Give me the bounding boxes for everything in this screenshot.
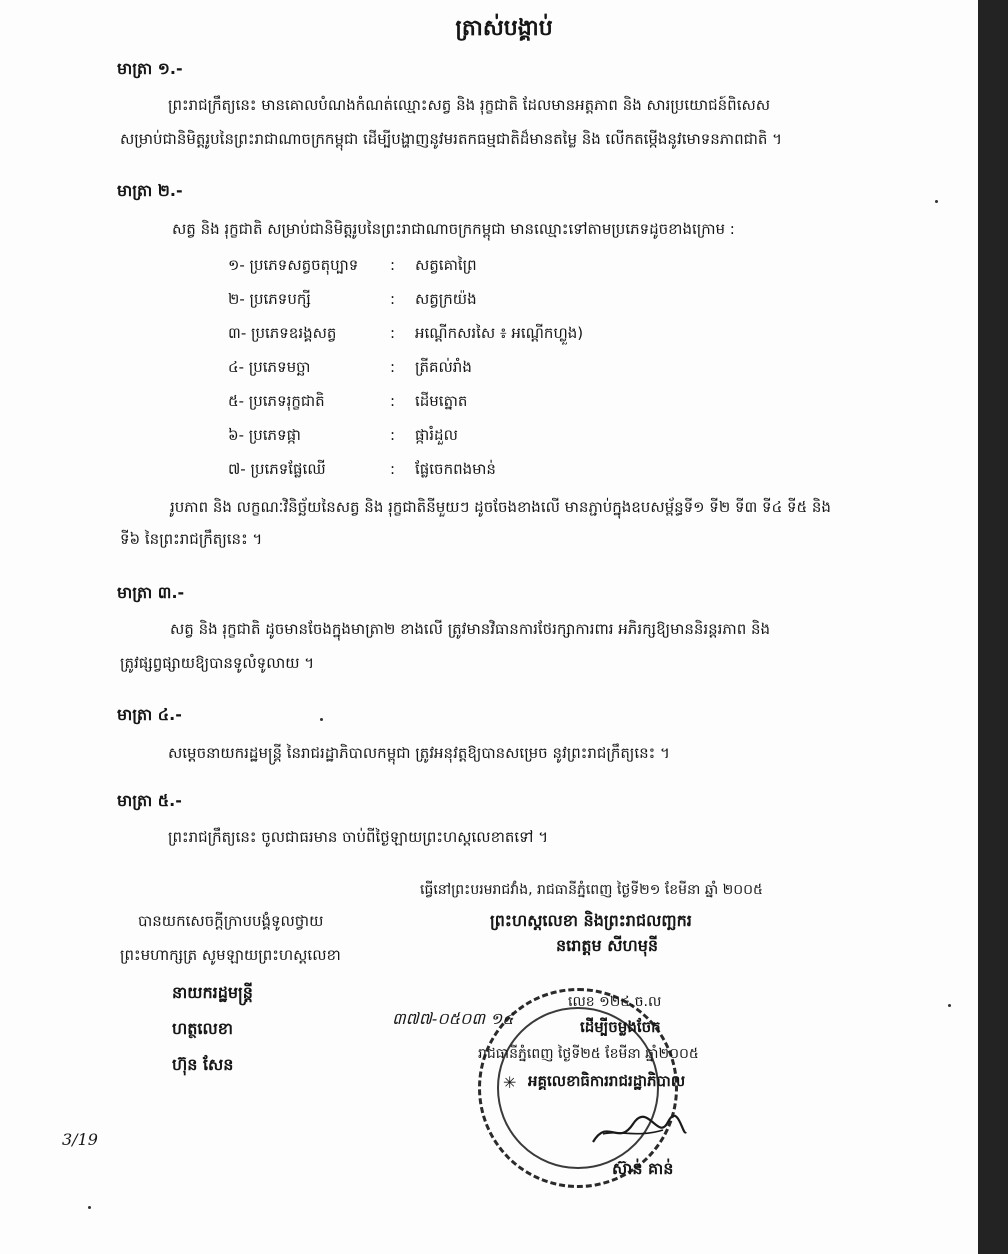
document-page: ត្រាស់បង្គាប់ មាត្រា ១.- ព្រះរាជក្រឹត្យន… bbox=[0, 0, 978, 1254]
article-3-paragraph-line-1: សត្វ និង រុក្ខជាតិ ដូចមានចែងក្នុងមាត្រា២… bbox=[170, 620, 770, 642]
scan-speck bbox=[948, 1004, 951, 1007]
article-1-paragraph-line-2: សម្រាប់ជានិមិត្តរូបនៃព្រះរាជាណាចក្រកម្ពុ… bbox=[120, 130, 782, 152]
list-item-separator: : bbox=[390, 460, 395, 478]
star-icon: ✳ bbox=[503, 1073, 516, 1092]
list-item-separator: : bbox=[390, 324, 395, 342]
scan-speck bbox=[320, 718, 323, 721]
prime-minister-name: ហ៊ុន សែន bbox=[172, 1054, 233, 1078]
article-3-heading: មាត្រា ៣.- bbox=[117, 582, 184, 606]
article-5-heading: មាត្រា ៥.- bbox=[117, 790, 182, 814]
list-item-value: ដើមត្នោត bbox=[415, 392, 467, 414]
scan-dark-edge bbox=[978, 0, 1008, 1254]
place-date: ធ្វើនៅព្រះបរមរាជវាំង, រាជធានីភ្នំពេញ ថ្ង… bbox=[420, 880, 763, 901]
copy-purpose: ដើម្បីចម្លងចែក bbox=[580, 1018, 661, 1040]
list-item-value: ផ្ការំដួល bbox=[415, 426, 458, 448]
list-item-label: ២- ប្រភេទបក្សី bbox=[228, 290, 311, 312]
list-item-separator: : bbox=[390, 290, 395, 308]
list-item-value: ត្រីគល់រាំង bbox=[415, 358, 472, 380]
list-item-label: ៧- ប្រភេទផ្លែឈើ bbox=[228, 460, 326, 482]
article-3-paragraph-line-2: ត្រូវផ្សព្វផ្សាយឱ្យបានទូលំទូលាយ ។ bbox=[120, 654, 314, 676]
list-item-value: សត្វក្រយ៉ង bbox=[415, 290, 477, 312]
royal-signature-title: ព្រះហស្តលេខា និងព្រះរាជលញ្ឆករ bbox=[490, 910, 692, 934]
list-item-separator: : bbox=[390, 392, 395, 410]
signature-label: ហត្ថលេខា bbox=[172, 1018, 233, 1042]
list-item-label: ៤- ប្រភេទមច្ឆា bbox=[228, 358, 310, 380]
page-note: 3/19 bbox=[62, 1130, 98, 1149]
article-5-paragraph: ព្រះរាជក្រឹត្យនេះ ចូលជាធរមាន ចាប់ពីថ្ងៃឡ… bbox=[168, 828, 548, 850]
list-item-value: សត្វគោព្រៃ bbox=[415, 256, 477, 278]
countersign-line-1: បានយកសេចក្តីក្រាបបង្គំទូលថ្វាយ bbox=[138, 912, 323, 934]
list-item-value: ផ្លែចេកពងមាន់ bbox=[415, 460, 496, 482]
scan-speck bbox=[88, 1206, 91, 1209]
royal-signature-name: នរោត្តម សីហមុនី bbox=[556, 935, 658, 959]
article-2-heading: មាត្រា ២.- bbox=[117, 180, 183, 204]
article-2-intro: សត្វ និង រុក្ខជាតិ សម្រាប់ជានិមិត្តរូបនៃ… bbox=[172, 220, 735, 242]
handwritten-signature-icon bbox=[588, 1112, 688, 1152]
list-item-label: ៦- ប្រភេទផ្កា bbox=[228, 426, 301, 448]
prime-minister-title: នាយករដ្ឋមន្ត្រី bbox=[172, 982, 253, 1006]
article-1-heading: មាត្រា ១.- bbox=[117, 58, 183, 82]
article-2-closing-line-2: ទី៦ នៃព្រះរាជក្រឹត្យនេះ ។ bbox=[120, 530, 262, 552]
list-item-separator: : bbox=[390, 358, 395, 376]
list-item-separator: : bbox=[390, 256, 395, 274]
article-4-paragraph: សម្តេចនាយករដ្ឋមន្ត្រី នៃរាជរដ្ឋាភិបាលកម្… bbox=[168, 744, 670, 766]
issuing-office: អគ្គលេខាធិការរាជរដ្ឋាភិបាល bbox=[528, 1072, 685, 1094]
list-item-label: ៥- ប្រភេទរុក្ខជាតិ bbox=[228, 392, 325, 414]
article-2-closing-line-1: រូបភាព និង លក្ខណៈវិនិច្ឆ័យនៃសត្វ និង រុក… bbox=[170, 498, 831, 520]
copy-number: លេខ ១២៤.ច.ល bbox=[568, 992, 661, 1013]
copy-signer-name: ស៊ាន់ គាន់ bbox=[612, 1158, 673, 1182]
countersign-line-2: ព្រះមហាក្សត្រ សូមឡាយព្រះហស្តលេខា bbox=[120, 946, 341, 968]
list-item-label: ៣- ប្រភេទឧរង្គសត្វ bbox=[228, 324, 336, 346]
article-4-heading: មាត្រា ៤.- bbox=[117, 704, 182, 728]
handwritten-reference: ៣៧៧-០៥០៣ ១៤ bbox=[392, 1008, 514, 1032]
list-item-value: អណ្តើកសរសៃ ៖ អណ្តើកហ្លួង) bbox=[415, 324, 583, 346]
scan-speck bbox=[935, 200, 938, 203]
list-item-label: ១- ប្រភេទសត្វចតុប្បាទ bbox=[228, 256, 358, 278]
document-title: ត្រាស់បង្គាប់ bbox=[0, 14, 1008, 46]
list-item-separator: : bbox=[390, 426, 395, 444]
article-1-paragraph-line-1: ព្រះរាជក្រឹត្យនេះ មានគោលបំណងកំណត់ឈ្មោះសត… bbox=[168, 96, 770, 118]
copy-date: រាជធានីភ្នំពេញ ថ្ងៃទី២៥ ខែមីនា ឆ្នាំ២០០៥ bbox=[478, 1044, 699, 1065]
